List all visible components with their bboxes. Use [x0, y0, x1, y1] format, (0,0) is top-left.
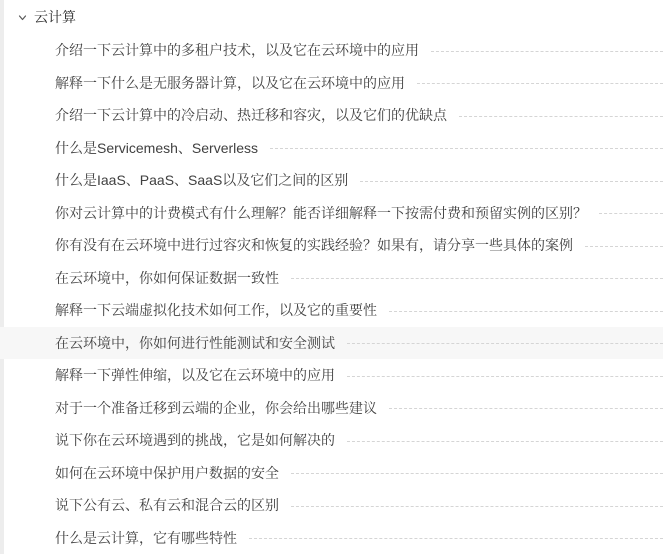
- dotted-leader: [389, 408, 663, 409]
- dotted-leader: [249, 538, 663, 539]
- question-text: 解释一下弹性伸缩，以及它在云环境中的应用: [55, 365, 335, 385]
- question-text: 说下你在云环境遇到的挑战，它是如何解决的: [55, 430, 335, 450]
- question-text: 什么是Servicemesh、Serverless: [55, 138, 258, 158]
- dotted-leader: [389, 311, 663, 312]
- question-item[interactable]: 你有没有在云环境中进行过容灾和恢复的实践经验？如果有，请分享一些具体的案例: [0, 229, 663, 262]
- dotted-leader: [417, 83, 663, 84]
- question-item[interactable]: 你对云计算中的计费模式有什么理解？能否详细解释一下按需付费和预留实例的区别？: [0, 197, 663, 230]
- question-text: 介绍一下云计算中的冷启动、热迁移和容灾，以及它们的优缺点: [55, 105, 447, 125]
- dotted-leader: [431, 51, 663, 52]
- question-text: 在云环境中，你如何进行性能测试和安全测试: [55, 333, 335, 353]
- question-item[interactable]: 什么是云计算，它有哪些特性: [0, 522, 663, 554]
- question-list: 介绍一下云计算中的多租户技术，以及它在云环境中的应用 解释一下什么是无服务器计算…: [0, 34, 663, 554]
- question-item[interactable]: 什么是IaaS、PaaS、SaaS以及它们之间的区别: [0, 164, 663, 197]
- question-text: 你对云计算中的计费模式有什么理解？能否详细解释一下按需付费和预留实例的区别？: [55, 203, 587, 223]
- question-text: 解释一下什么是无服务器计算，以及它在云环境中的应用: [55, 73, 405, 93]
- question-item[interactable]: 解释一下什么是无服务器计算，以及它在云环境中的应用: [0, 67, 663, 100]
- question-item[interactable]: 介绍一下云计算中的冷启动、热迁移和容灾，以及它们的优缺点: [0, 99, 663, 132]
- tree-node-cloud-computing[interactable]: 云计算: [0, 0, 663, 34]
- question-item[interactable]: 解释一下云端虚拟化技术如何工作，以及它的重要性: [0, 294, 663, 327]
- dotted-leader: [347, 376, 663, 377]
- question-text: 说下公有云、私有云和混合云的区别: [55, 495, 279, 515]
- category-label: 云计算: [34, 7, 76, 27]
- question-text: 你有没有在云环境中进行过容灾和恢复的实践经验？如果有，请分享一些具体的案例: [55, 235, 573, 255]
- dotted-leader: [291, 506, 663, 507]
- question-item[interactable]: 什么是Servicemesh、Serverless: [0, 132, 663, 165]
- dotted-leader: [347, 343, 663, 344]
- question-item[interactable]: 如何在云环境中保护用户数据的安全: [0, 457, 663, 490]
- dotted-leader: [291, 473, 663, 474]
- question-item[interactable]: 在云环境中，你如何保证数据一致性: [0, 262, 663, 295]
- question-text: 介绍一下云计算中的多租户技术，以及它在云环境中的应用: [55, 40, 419, 60]
- dotted-leader: [599, 213, 663, 214]
- chevron-down-icon[interactable]: [17, 12, 28, 23]
- question-item[interactable]: 说下你在云环境遇到的挑战，它是如何解决的: [0, 424, 663, 457]
- question-text: 什么是IaaS、PaaS、SaaS以及它们之间的区别: [55, 170, 348, 190]
- question-text: 解释一下云端虚拟化技术如何工作，以及它的重要性: [55, 300, 377, 320]
- dotted-leader: [459, 116, 663, 117]
- question-item[interactable]: 对于一个准备迁移到云端的企业，你会给出哪些建议: [0, 392, 663, 425]
- question-text: 如何在云环境中保护用户数据的安全: [55, 463, 279, 483]
- question-item[interactable]: 解释一下弹性伸缩，以及它在云环境中的应用: [0, 359, 663, 392]
- dotted-leader: [347, 441, 663, 442]
- dotted-leader: [291, 278, 663, 279]
- dotted-leader: [360, 181, 663, 182]
- dotted-leader: [585, 246, 663, 247]
- question-item[interactable]: 说下公有云、私有云和混合云的区别: [0, 489, 663, 522]
- question-item[interactable]: 在云环境中，你如何进行性能测试和安全测试: [0, 327, 663, 360]
- question-item[interactable]: 介绍一下云计算中的多租户技术，以及它在云环境中的应用: [0, 34, 663, 67]
- question-text: 在云环境中，你如何保证数据一致性: [55, 268, 279, 288]
- question-tree: 云计算 介绍一下云计算中的多租户技术，以及它在云环境中的应用 解释一下什么是无服…: [0, 0, 663, 554]
- question-text: 对于一个准备迁移到云端的企业，你会给出哪些建议: [55, 398, 377, 418]
- question-text: 什么是云计算，它有哪些特性: [55, 528, 237, 548]
- dotted-leader: [270, 148, 663, 149]
